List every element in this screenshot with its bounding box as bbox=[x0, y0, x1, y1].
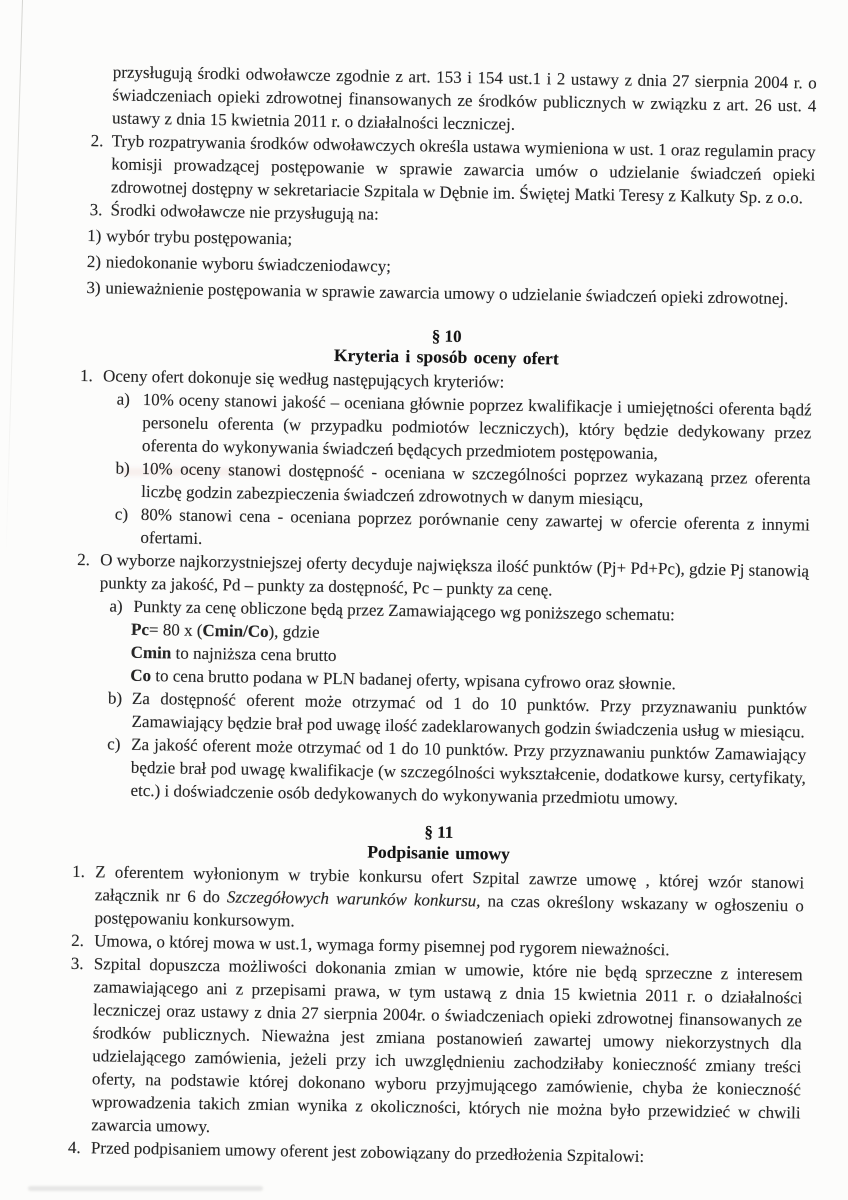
sub-item-number: 2) bbox=[87, 250, 106, 273]
formula-text-end: ), gdzie bbox=[268, 622, 319, 642]
letter-text: Za jakość oferent może otrzymać od 1 do … bbox=[130, 733, 806, 813]
cmin-symbol: Cmin bbox=[131, 643, 172, 663]
list-item-text: Tryb rozpatrywania środków odwoławczych … bbox=[111, 129, 816, 209]
criteria-item-2c: c) Za jakość oferent może otrzymać od 1 … bbox=[106, 732, 806, 812]
formula-text: = 80 x ( bbox=[149, 620, 203, 640]
document-content: przysługują środki odwoławcze zgodnie z … bbox=[68, 60, 817, 1170]
scan-crease-artifact bbox=[5, 0, 23, 560]
formula-symbol-cmin-co: Cmin/Co bbox=[202, 621, 268, 641]
list-item-number: 2. bbox=[90, 129, 112, 198]
paragraph-continuation: przysługują środki odwoławcze zgodnie z … bbox=[112, 60, 817, 140]
letter-number: b) bbox=[107, 686, 132, 732]
item-number: 2. bbox=[71, 929, 94, 952]
sub-item-number: 3) bbox=[86, 276, 105, 299]
letter-number: a) bbox=[116, 388, 143, 457]
item-number: 3. bbox=[68, 952, 94, 1136]
list-item-2: 2. Tryb rozpatrywania środków odwoławczy… bbox=[90, 129, 816, 209]
letter-number: c) bbox=[106, 732, 131, 801]
signing-item-3: 3. Szpital dopuszcza możliwości dokonani… bbox=[68, 952, 803, 1147]
scan-smudge-artifact bbox=[28, 1186, 263, 1191]
item-number: 2. bbox=[77, 548, 101, 594]
item-number: 1. bbox=[71, 860, 95, 929]
item-text: Z oferentem wyłonionym w trybie konkursu… bbox=[94, 860, 804, 940]
cmin-definition-text: to najniższa cena brutto bbox=[171, 643, 336, 665]
letter-number: a) bbox=[109, 594, 133, 617]
sub-item-number: 1) bbox=[87, 224, 106, 247]
criteria-item-1a: a) 10% oceny stanowi jakość – oceniana g… bbox=[116, 388, 812, 468]
signing-item-1-italic: Szczegółowych warunków konkursu, bbox=[227, 887, 481, 910]
item-text: Szpital dopuszcza możliwości dokonania z… bbox=[91, 952, 803, 1147]
item-number: 1. bbox=[80, 364, 103, 387]
letter-number: c) bbox=[114, 503, 141, 549]
letter-number: b) bbox=[115, 457, 142, 503]
item-number: 4. bbox=[68, 1136, 91, 1159]
scanned-document-page: przysługują środki odwoławcze zgodnie z … bbox=[0, 0, 848, 1200]
formula-symbol-pc: Pc bbox=[131, 620, 149, 639]
co-symbol: Co bbox=[130, 666, 151, 685]
letter-text: 10% oceny stanowi jakość – oceniana głów… bbox=[142, 388, 812, 467]
list-item-number: 3. bbox=[89, 198, 110, 221]
signing-item-1: 1. Z oferentem wyłonionym w trybie konku… bbox=[71, 860, 804, 940]
